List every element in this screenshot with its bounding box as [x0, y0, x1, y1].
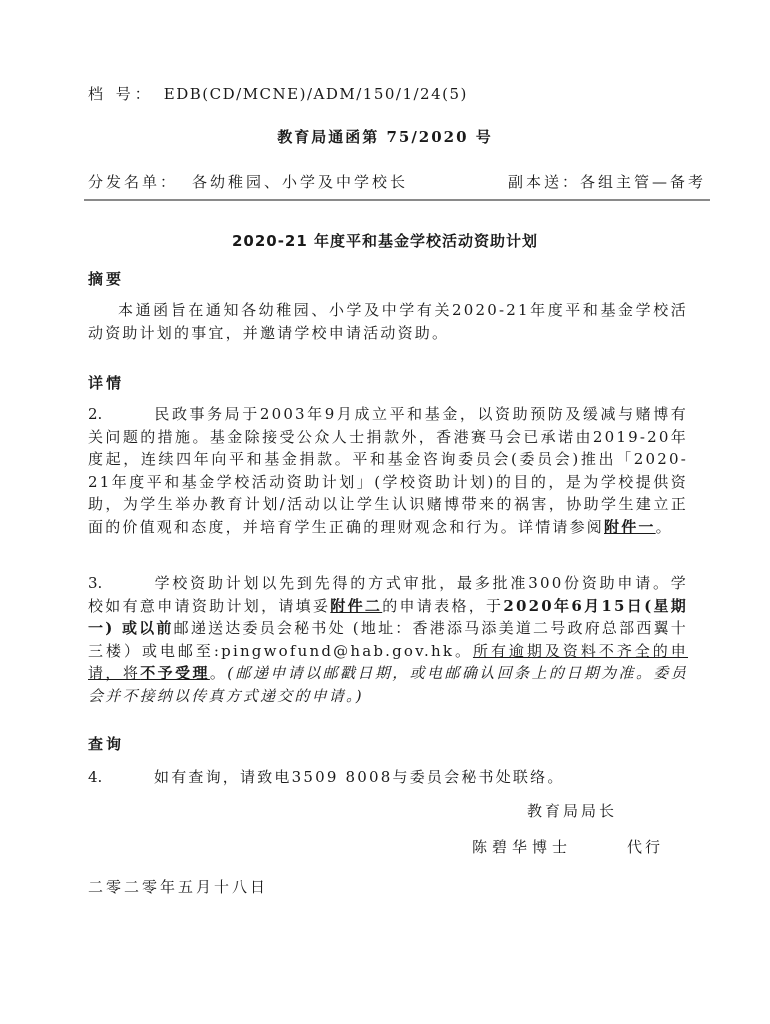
section-heading-enquiry: 查询 [88, 733, 124, 754]
section-heading-summary: 摘要 [88, 268, 124, 289]
cc-list: 副本送：各组主管—备考 [508, 171, 706, 192]
paragraph-number: 3. [88, 572, 154, 595]
summary-paragraph: 本通函旨在通知各幼稚园、小学及中学有关2020-21年度平和基金学校活动资助计划… [88, 299, 688, 344]
paragraph-3: 3.学校资助计划以先到先得的方式审批，最多批准300份资助申请。学校如有意申请资… [88, 572, 688, 708]
signatory-for: 代行 [627, 836, 663, 857]
reference-value: EDB(CD/MCNE)/ADM/150/1/24(5) [164, 85, 468, 103]
distribution-value: 各幼稚园、小学及中学校长 [192, 173, 408, 191]
paragraph-end: 。 [656, 518, 673, 536]
reference-label: 档 号： [88, 85, 154, 103]
issue-date: 二零二零年五月十八日 [88, 876, 268, 897]
distribution-label: 分发名单： [88, 173, 178, 191]
paragraph-2: 2.民政事务局于2003年9月成立平和基金，以资助预防及缓减与赌博有关问题的措施… [88, 403, 688, 539]
distribution-list: 分发名单：各幼稚园、小学及中学校长 [88, 171, 408, 192]
reference-number: 档 号：EDB(CD/MCNE)/ADM/150/1/24(5) [88, 83, 468, 104]
circular-title: 教育局通函第 75/2020 号 [0, 126, 770, 147]
signatory-name: 陈碧华博士 [472, 836, 572, 857]
document-title: 2020-21 年度平和基金学校活动资助计划 [0, 230, 770, 251]
paragraph-text: 如有查询，请致电3509 8008与委员会秘书处联络。 [154, 768, 565, 786]
paragraph-end: 。 [210, 664, 227, 682]
header-divider [84, 199, 710, 201]
warning-emphasis: 不予受理 [140, 664, 210, 682]
section-heading-details: 详情 [88, 372, 124, 393]
paragraph-4: 4.如有查询，请致电3509 8008与委员会秘书处联络。 [88, 766, 688, 789]
paragraph-text: 的申请表格，于 [382, 597, 503, 615]
annex-1-link[interactable]: 附件一 [604, 518, 656, 536]
paragraph-number: 4. [88, 766, 154, 789]
signatory-title: 教育局局长 [527, 800, 617, 821]
paragraph-number: 2. [88, 403, 154, 426]
paragraph-text: 民政事务局于2003年9月成立平和基金，以资助预防及缓减与赌博有关问题的措施。基… [88, 405, 688, 536]
annex-2-link[interactable]: 附件二 [330, 597, 382, 615]
